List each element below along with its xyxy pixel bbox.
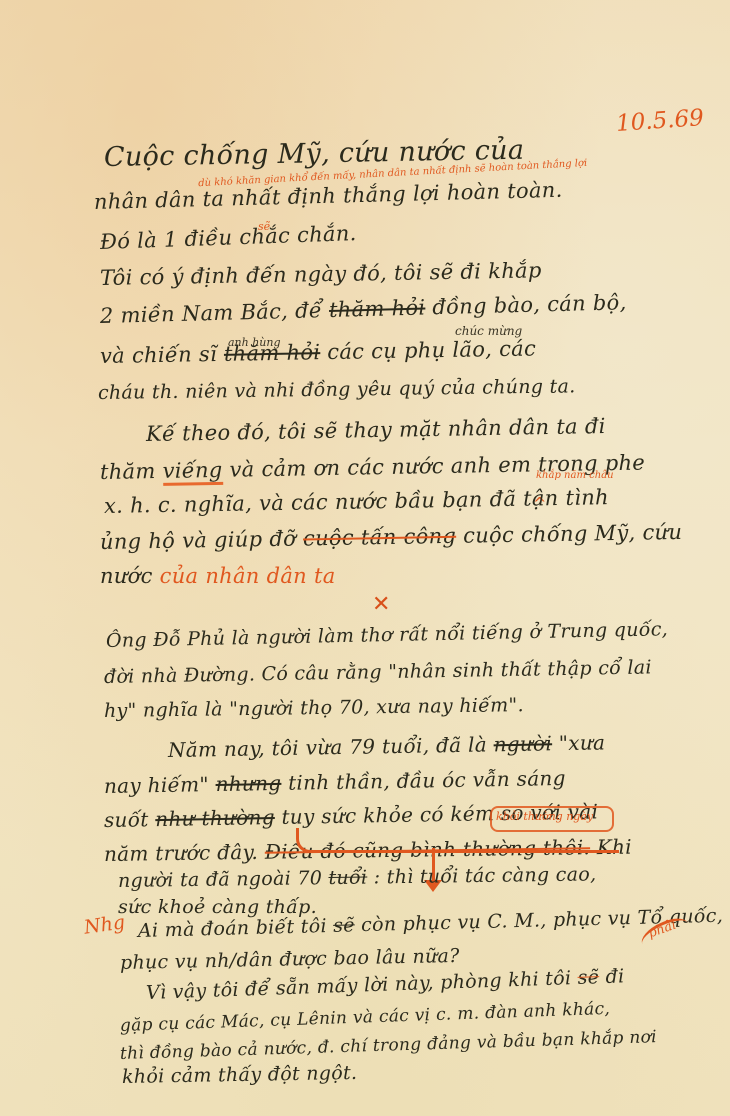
line-text-tail: đã tận tình (489, 485, 609, 511)
struck-text: cuộc tấn công (303, 524, 457, 551)
struck-text: thăm hỏi (224, 340, 321, 366)
manuscript-line-12: nước của nhân dân ta (100, 564, 336, 588)
section-x-mark: ✕ (372, 592, 390, 617)
line-text-tail: các cụ phụ lão, các (327, 336, 536, 364)
manuscript-line-27: khỏi cảm thấy đột ngột. (122, 1062, 358, 1088)
line-text: năm trước đây. (104, 840, 258, 866)
struck-text: thăm hỏi (329, 295, 426, 322)
line-text: suốt (104, 807, 149, 832)
line-text-tail: tinh thần, đầu óc vẫn sáng (288, 766, 566, 795)
red-insertion-boxed-text: khỏi thường ngày (496, 810, 593, 823)
line-text-tail: : thì tuổi tác càng cao, (373, 863, 596, 888)
line-text: sức khoẻ càng thấp. (118, 896, 317, 918)
manuscript-line-21: sức khoẻ càng thấp. (118, 896, 317, 918)
struck-text: sẽ (333, 914, 355, 937)
struck-text: người (493, 731, 552, 756)
line-text: nước (100, 564, 153, 588)
underlined-text: viếng (162, 458, 222, 486)
line-text-tail: đồng bào, cán bộ, (432, 290, 627, 319)
line-text: và chiến sĩ (100, 342, 217, 368)
line-text-tail: đi (605, 965, 625, 988)
struck-text: sẽ (577, 966, 599, 989)
line-text: nay hiếm" (104, 772, 209, 798)
line-text-tail: cuộc chống Mỹ, cứu (463, 520, 682, 548)
struck-text: nhưng (215, 771, 281, 796)
line-text: người ta đã ngoài 70 (118, 867, 322, 892)
line-text: ủng hộ và giúp đỡ (100, 527, 296, 554)
red-insertion-text: của nhân dân ta (160, 564, 336, 588)
line-text: nhân dân ta (94, 187, 225, 214)
line-text: thăm (100, 459, 156, 484)
line-text: khỏi cảm thấy đột ngột. (122, 1062, 358, 1088)
struck-text: tuổi (328, 867, 367, 890)
red-bracket-move-mark (296, 828, 619, 853)
red-insertion-line-10: khắp năm châu (536, 470, 614, 481)
line-text-tail: "xưa (559, 730, 606, 755)
struck-text: như thường (155, 805, 275, 831)
